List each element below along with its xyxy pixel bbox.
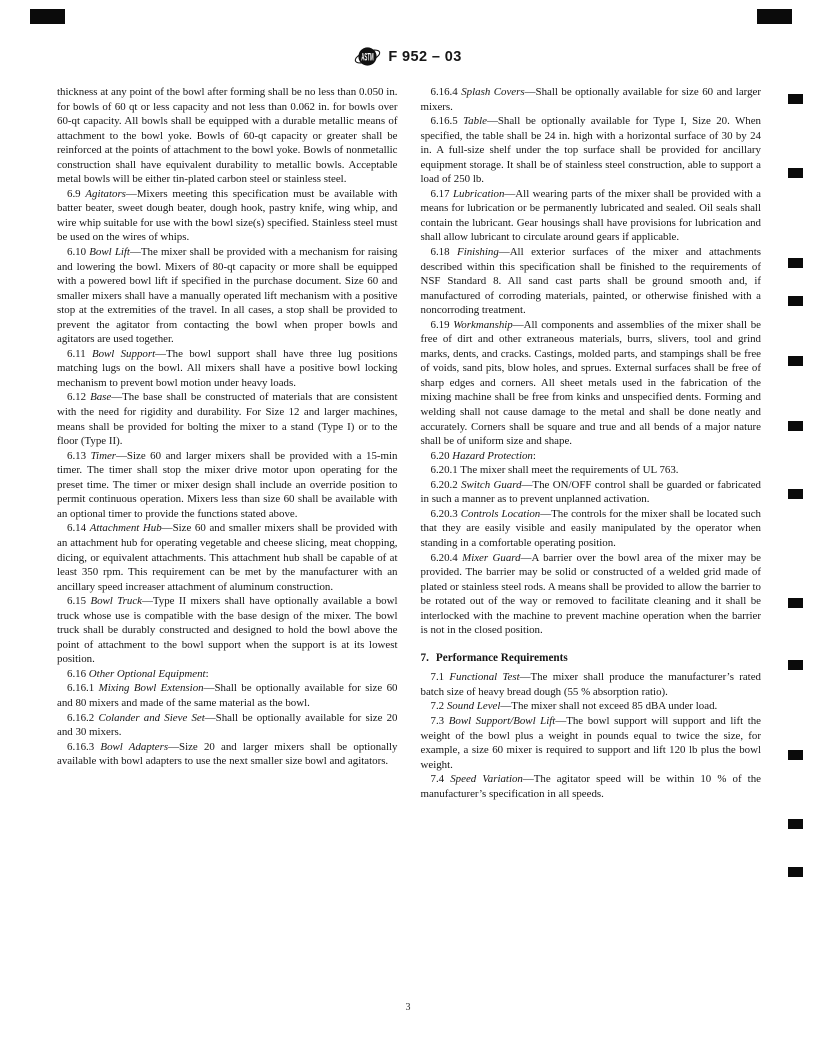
scan-mark [788,356,803,366]
clause-title: Other Optional Equipment [89,668,206,680]
astm-logo-icon: ASTM [354,42,381,71]
clause-number: 6.16 [67,668,86,680]
spec-paragraph: 6.20.2 Switch Guard—The ON/OFF control s… [421,478,762,507]
spec-paragraph: 6.20.3 Controls Location—The controls fo… [421,507,762,551]
clause-text: : [533,450,536,462]
clause-number: 6.18 [431,246,450,258]
scan-mark [788,598,803,608]
scan-mark [788,867,803,877]
spec-paragraph: 7.2 Sound Level—The mixer shall not exce… [421,699,762,714]
scan-mark [30,9,65,24]
clause-number: 6.19 [431,319,450,331]
clause-text: Performance Requirements [436,652,568,664]
spec-paragraph: 6.16.1 Mixing Bowl Extension—Shall be op… [57,681,398,710]
page-header: ASTM F 952 – 03 [0,42,816,71]
scan-mark [788,168,803,178]
clause-title: Lubrication [453,188,504,200]
clause-title: Bowl Lift [89,246,130,258]
section-heading: 7.Performance Requirements [421,651,762,666]
spec-paragraph: 6.14 Attachment Hub—Size 60 and smaller … [57,521,398,594]
clause-title: Finishing [457,246,499,258]
clause-title: Agitators [85,188,126,200]
clause-number: 6.9 [67,188,81,200]
clause-title: Table [463,115,487,127]
document-body: thickness at any point of the bowl after… [57,85,761,801]
clause-number: 6.20 [431,450,450,462]
clause-title: Hazard Protection [452,450,533,462]
clause-number: 6.12 [67,391,86,403]
spec-paragraph: 6.12 Base—The base shall be constructed … [57,390,398,448]
scan-mark [788,489,803,499]
spec-paragraph: 6.16.2 Colander and Sieve Set—Shall be o… [57,711,398,740]
scan-mark [757,9,792,24]
clause-title: Workmanship [453,319,513,331]
clause-title: Attachment Hub [90,522,162,534]
spec-paragraph: 6.20.1 The mixer shall meet the requirem… [421,463,762,478]
clause-number: 6.10 [67,246,86,258]
clause-title: Speed Variation [450,773,523,785]
spec-paragraph: 6.16.5 Table—Shall be optionally availab… [421,114,762,187]
clause-number: 6.14 [67,522,86,534]
clause-title: Switch Guard [461,479,521,491]
clause-title: Mixing Bowl Extension [99,682,204,694]
spec-paragraph: 6.18 Finishing—All exterior surfaces of … [421,245,762,318]
spec-paragraph: 6.9 Agitators—Mixers meeting this specif… [57,187,398,245]
clause-title: Bowl Support/Bowl Lift [449,715,556,727]
clause-number: 6.20.4 [431,552,458,564]
spec-paragraph: 6.20 Hazard Protection: [421,449,762,464]
page-number: 3 [0,1002,816,1013]
clause-title: Colander and Sieve Set [98,712,204,724]
clause-number: 6.15 [67,595,86,607]
spec-paragraph: 6.16.3 Bowl Adapters—Size 20 and larger … [57,740,398,769]
clause-number: 6.20.1 [431,464,458,476]
scan-mark [788,94,803,104]
clause-title: Splash Covers [461,86,524,98]
scan-mark [788,421,803,431]
clause-text: —The mixer shall be provided with a mech… [57,246,398,345]
right-column: 6.16.4 Splash Covers—Shall be optionally… [421,85,762,801]
clause-number: 7. [421,652,429,664]
spec-paragraph: 6.16.4 Splash Covers—Shall be optionally… [421,85,762,114]
clause-text: : [206,668,209,680]
clause-number: 7.3 [431,715,445,727]
spec-paragraph: 6.19 Workmanship—All components and asse… [421,318,762,449]
clause-title: Mixer Guard [462,552,520,564]
spec-paragraph: 6.20.4 Mixer Guard—A barrier over the bo… [421,551,762,638]
spec-paragraph: 7.4 Speed Variation—The agitator speed w… [421,772,762,801]
clause-title: Controls Location [461,508,540,520]
clause-number: 6.16.3 [67,741,94,753]
spec-paragraph: 6.16 Other Optional Equipment: [57,667,398,682]
clause-number: 6.16.1 [67,682,94,694]
scan-mark [788,258,803,268]
spec-paragraph: 6.11 Bowl Support—The bowl support shall… [57,347,398,391]
spec-paragraph: 6.15 Bowl Truck—Type II mixers shall hav… [57,594,398,667]
clause-title: Bowl Adapters [100,741,168,753]
clause-title: Bowl Support [92,348,155,360]
clause-title: Sound Level [447,700,501,712]
svg-text:ASTM: ASTM [362,50,374,63]
clause-text: The mixer shall meet the requirements of… [460,464,678,476]
scan-mark [788,750,803,760]
spec-paragraph: thickness at any point of the bowl after… [57,85,398,187]
clause-text: thickness at any point of the bowl after… [57,86,398,185]
clause-number: 6.13 [67,450,86,462]
spec-paragraph: 6.17 Lubrication—All wearing parts of th… [421,187,762,245]
spec-paragraph: 6.13 Timer—Size 60 and larger mixers sha… [57,449,398,522]
clause-title: Functional Test [449,671,519,683]
spec-paragraph: 7.3 Bowl Support/Bowl Lift—The bowl supp… [421,714,762,772]
clause-title: Timer [91,450,116,462]
clause-text: —The mixer shall not exceed 85 dBA under… [500,700,717,712]
clause-number: 6.16.2 [67,712,94,724]
clause-number: 6.20.3 [431,508,458,520]
clause-title: Base [90,391,111,403]
spec-designation: F 952 – 03 [388,49,461,65]
scan-mark [788,296,803,306]
clause-number: 7.2 [431,700,445,712]
clause-text: —A barrier over the bowl area of the mix… [421,552,762,637]
spec-paragraph: 7.1 Functional Test—The mixer shall prod… [421,670,762,699]
clause-text: —All components and assemblies of the mi… [421,319,762,447]
clause-number: 6.16.4 [431,86,458,98]
clause-number: 7.1 [431,671,445,683]
scan-mark [788,660,803,670]
left-column: thickness at any point of the bowl after… [57,85,398,801]
clause-number: 6.16.5 [431,115,458,127]
document-page: ASTM F 952 – 03 thickness at any point o… [0,0,816,1056]
spec-paragraph: 6.10 Bowl Lift—The mixer shall be provid… [57,245,398,347]
clause-number: 7.4 [431,773,445,785]
clause-title: Bowl Truck [90,595,142,607]
scan-mark [788,819,803,829]
clause-number: 6.11 [67,348,86,360]
clause-number: 6.20.2 [431,479,458,491]
clause-number: 6.17 [431,188,450,200]
